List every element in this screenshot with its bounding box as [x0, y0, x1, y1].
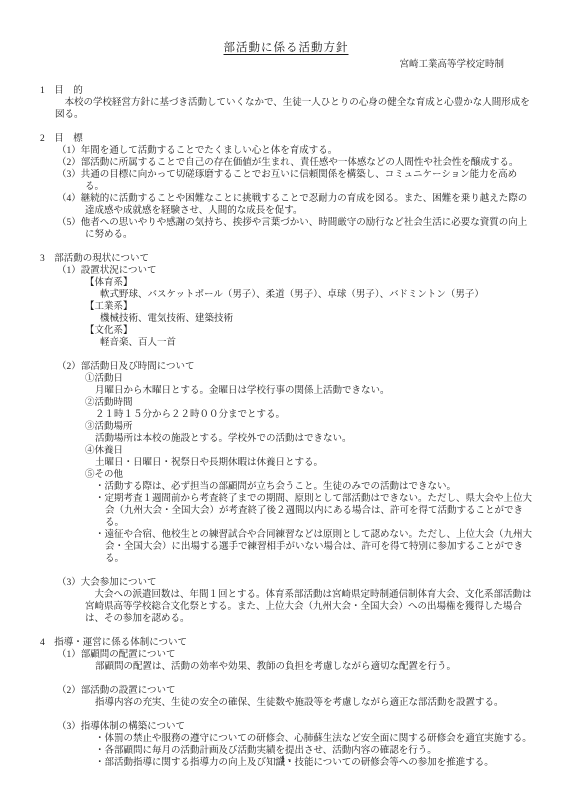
schedule-term: ②活動時間 [40, 397, 532, 409]
club-list: 軽音楽、百人一首 [40, 337, 532, 349]
goal-item: （3）共通の目標に向かって切磋琢磨することでお互いに信頼関係を構築し、コミュニケ… [40, 169, 532, 193]
schedule-term-other: ⑤その他 [40, 469, 532, 481]
section-3-heading: 3 部活動の現状について [40, 253, 532, 265]
schedule-term: ①活動日 [40, 373, 532, 385]
other-rule-bullet: ・活動する際は、必ず担当の部顧問が立ち会うこと。生徒のみでの活動はできない。 [40, 481, 532, 493]
section-2-heading: 2 目 標 [40, 133, 532, 145]
page-title: 部活動に係る活動方針 [40, 42, 532, 54]
page-number: - 1 - [0, 754, 566, 766]
schedule-term: ③活動場所 [40, 421, 532, 433]
subsection-3-3-label: （3）大会参加について [40, 577, 532, 589]
subsection-3-1-label: （1）設置状況について [40, 265, 532, 277]
spacer [40, 121, 532, 133]
schedule-desc: 月曜日から木曜日とする。金曜日は学校行事の関係上活動できない。 [40, 385, 532, 397]
spacer [40, 709, 532, 721]
goal-item: （1）年間を通して活動することでたくましい心と体を育成する。 [40, 145, 532, 157]
subsection-4-3-label: （3）指導体制の構築について [40, 721, 532, 733]
spacer [40, 241, 532, 253]
schedule-desc: ２１時１５分から２２時００分までとする。 [40, 409, 532, 421]
club-category: 【体育系】 [40, 277, 532, 289]
spacer [40, 673, 532, 685]
section-4-heading: 4 指導・運営に係る体制について [40, 637, 532, 649]
subsection-4-1-body: 部顧問の配置は、活動の効率や効果、教師の負担を考慮しながら適切な配置を行う。 [40, 661, 532, 673]
subsection-3-2-label: （2）部活動日及び時間について [40, 361, 532, 373]
goal-item: （2）部活動に所属することで自己の存在価値が生まれ、責任感や一体感などの人間性や… [40, 157, 532, 169]
club-list: 機械技術、電気技術、建築技術 [40, 313, 532, 325]
spacer [40, 565, 532, 577]
club-list: 軟式野球、バスケットボール（男子）、柔道（男子）、卓球（男子）、バドミントン（男… [40, 289, 532, 301]
spacer [40, 625, 532, 637]
other-rule-bullet: ・遠征や合宿、他校生との練習試合や合同練習などは原則として認めない。ただし、上位… [40, 529, 532, 565]
club-category: 【文化系】 [40, 325, 532, 337]
schedule-desc: 活動場所は本校の施設とする。学校外での活動はできない。 [40, 433, 532, 445]
section-1-body: 本校の学校経営方針に基づき活動していくなかで、生徒一人ひとりの心身の健全な育成と… [40, 97, 532, 121]
subsection-4-2-label: （2）部活動の設置について [40, 685, 532, 697]
section-1-heading: 1 目 的 [40, 85, 532, 97]
page-title-text: 部活動に係る活動方針 [224, 42, 349, 54]
spacer [40, 73, 532, 85]
schedule-desc: 土曜日・日曜日・祝祭日や長期休暇は休養日とする。 [40, 457, 532, 469]
goal-item: （4）継続的に活動することや困難なことに挑戦することで忍耐力の育成を図る。また、… [40, 193, 532, 217]
subsection-3-3-body: 大会への派遣回数は、年間１回とする。体育系部活動は宮崎県定時制通信制体育大会、文… [40, 589, 532, 625]
training-bullet: ・体罰の禁止や服務の遵守についての研修会、心肺蘇生法など安全面に関する研修会を適… [40, 733, 532, 745]
schedule-term: ④休養日 [40, 445, 532, 457]
other-rule-bullet: ・定期考査１週間前から考査終了までの期間、原則として部活動はできない。ただし、県… [40, 493, 532, 529]
document-page: 部活動に係る活動方針 宮崎工業高等学校定時制 1 目 的 本校の学校経営方針に基… [0, 0, 566, 800]
school-name: 宮崎工業高等学校定時制 [40, 59, 532, 71]
subsection-4-1-label: （1）部顧問の配置について [40, 649, 532, 661]
spacer [40, 349, 532, 361]
subsection-4-2-body: 指導内容の充実、生徒の安全の確保、生徒数や施設等を考慮しながら適正な部活動を設置… [40, 697, 532, 709]
goal-item: （5）他者への思いやりや感謝の気持ち、挨拶や言葉づかい、時間厳守の励行など社会生… [40, 217, 532, 241]
club-category: 【工業系】 [40, 301, 532, 313]
